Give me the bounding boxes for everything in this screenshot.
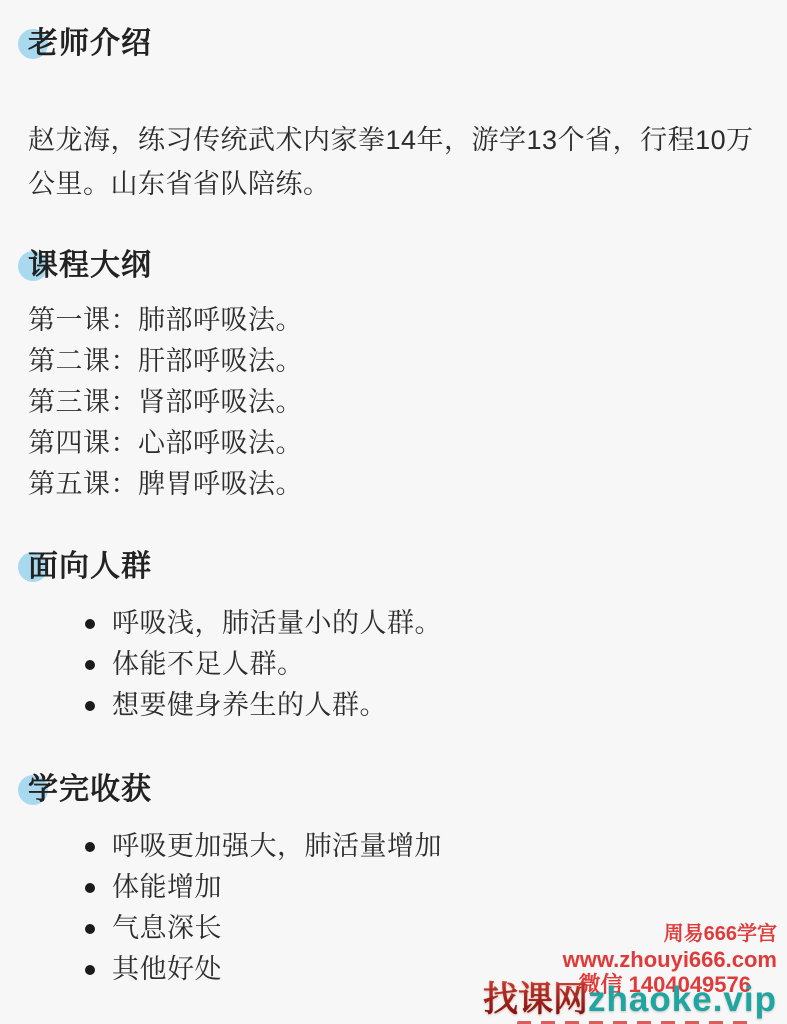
list-item-text: 呼吸更加强大，肺活量增加 (112, 826, 442, 867)
bullet-dot-icon (85, 924, 95, 934)
section-header-audience: 面向人群 (28, 549, 753, 585)
section-title: 课程大纲 (28, 249, 152, 282)
bullet-dot-icon (85, 660, 95, 670)
document-content: 老师介绍 赵龙海，练习传统武术内家拳14年，游学13个省，行程10万公里。山东省… (0, 0, 787, 990)
list-item-text: 气息深长 (112, 908, 222, 949)
bullet-dot-icon (85, 701, 95, 711)
course-item: 第三课：肾部呼吸法。 (28, 382, 753, 423)
list-item-text: 想要健身养生的人群。 (112, 685, 387, 726)
list-item-text: 体能增加 (112, 867, 222, 908)
list-item: 呼吸浅，肺活量小的人群。 (85, 603, 753, 644)
list-item: 其他好处 (85, 949, 753, 990)
section-title: 老师介绍 (28, 27, 152, 60)
list-item: 呼吸更加强大，肺活量增加 (85, 826, 753, 867)
course-outline-list: 第一课：肺部呼吸法。 第二课：肝部呼吸法。 第三课：肾部呼吸法。 第四课：心部呼… (28, 300, 753, 505)
list-item-text: 体能不足人群。 (112, 644, 305, 685)
course-item: 第四课：心部呼吸法。 (28, 423, 753, 464)
course-item: 第二课：肝部呼吸法。 (28, 341, 753, 382)
bullet-dot-icon (85, 619, 95, 629)
list-item: 体能增加 (85, 867, 753, 908)
bullet-dot-icon (85, 883, 95, 893)
section-title: 学完收获 (28, 773, 152, 806)
section-header-teacher: 老师介绍 (28, 26, 152, 62)
course-description-page: { "page": { "background": "#f7f7f7", "te… (0, 0, 787, 1024)
bullet-dot-icon (85, 965, 95, 975)
audience-list: 呼吸浅，肺活量小的人群。 体能不足人群。 想要健身养生的人群。 (28, 603, 753, 726)
list-item: 想要健身养生的人群。 (85, 685, 753, 726)
section-title: 面向人群 (28, 550, 152, 583)
teacher-intro-paragraph: 赵龙海，练习传统武术内家拳14年，游学13个省，行程10万公里。山东省省队陪练。 (28, 118, 757, 206)
course-item: 第一课：肺部呼吸法。 (28, 300, 753, 341)
list-item-text: 其他好处 (112, 949, 222, 990)
section-header-outline: 课程大纲 (28, 248, 753, 284)
course-item: 第五课：脾胃呼吸法。 (28, 464, 753, 505)
section-header-gains: 学完收获 (28, 772, 753, 808)
list-item-text: 呼吸浅，肺活量小的人群。 (112, 603, 442, 644)
list-item: 体能不足人群。 (85, 644, 753, 685)
list-item: 气息深长 (85, 908, 753, 949)
bullet-dot-icon (85, 842, 95, 852)
gains-list: 呼吸更加强大，肺活量增加 体能增加 气息深长 其他好处 (28, 826, 753, 990)
